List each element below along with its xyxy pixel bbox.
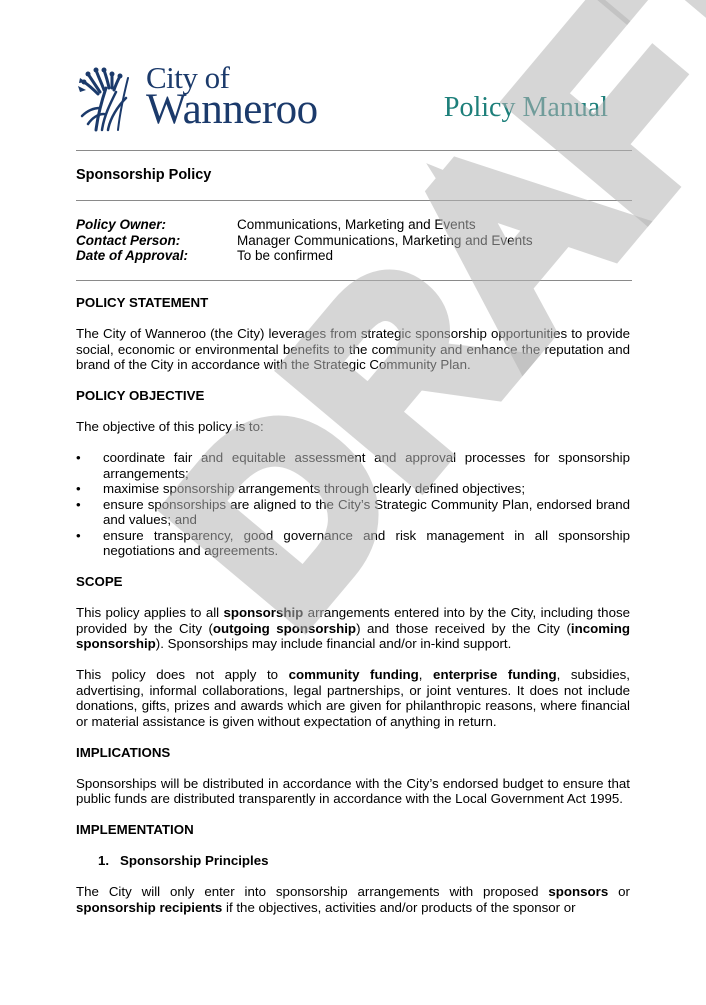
implications-text: Sponsorships will be distributed in acco… (76, 776, 630, 807)
meta-label: Date of Approval: (76, 248, 237, 264)
document-body: POLICY STATEMENT The City of Wanneroo (t… (76, 295, 630, 931)
heading-policy-objective: POLICY OBJECTIVE (76, 388, 630, 404)
meta-row-date-of-approval: Date of Approval: To be confirmed (76, 248, 533, 264)
objective-list: coordinate fair and equitable assessment… (76, 450, 630, 559)
meta-row-policy-owner: Policy Owner: Communications, Marketing … (76, 217, 533, 233)
meta-value: Communications, Marketing and Events (237, 217, 476, 233)
implementation-paragraph-1: The City will only enter into sponsorshi… (76, 884, 630, 915)
heading-implementation: IMPLEMENTATION (76, 822, 630, 838)
scope-paragraph-1: This policy applies to all sponsorship a… (76, 605, 630, 652)
list-item: maximise sponsorship arrangements throug… (76, 481, 630, 497)
meta-label: Policy Owner: (76, 217, 237, 233)
kangaroo-paw-plant-icon (76, 64, 138, 132)
heading-implications: IMPLICATIONS (76, 745, 630, 761)
meta-value: To be confirmed (237, 248, 333, 264)
city-of-wanneroo-logo: City of Wanneroo (76, 62, 326, 134)
policy-manual-title: Policy Manual (444, 92, 608, 124)
divider-meta (76, 280, 632, 281)
policy-document-page: City of Wanneroo Policy Manual Sponsorsh… (0, 0, 706, 1005)
list-item: ensure sponsorships are aligned to the C… (76, 497, 630, 528)
list-item: ensure transparency, good governance and… (76, 528, 630, 559)
document-title: Sponsorship Policy (76, 167, 211, 183)
meta-row-contact-person: Contact Person: Manager Communications, … (76, 233, 533, 249)
objective-intro: The objective of this policy is to: (76, 419, 630, 435)
scope-paragraph-2: This policy does not apply to community … (76, 667, 630, 729)
heading-policy-statement: POLICY STATEMENT (76, 295, 630, 311)
meta-value: Manager Communications, Marketing and Ev… (237, 233, 533, 249)
meta-label: Contact Person: (76, 233, 237, 249)
policy-metadata: Policy Owner: Communications, Marketing … (76, 217, 533, 264)
subheading-sponsorship-principles: 1.Sponsorship Principles (76, 853, 630, 869)
divider-top (76, 150, 632, 151)
logo-text-wanneroo: Wanneroo (146, 86, 318, 134)
list-item: coordinate fair and equitable assessment… (76, 450, 630, 481)
divider-title (76, 200, 632, 201)
policy-statement-text: The City of Wanneroo (the City) leverage… (76, 326, 630, 373)
heading-scope: SCOPE (76, 574, 630, 590)
